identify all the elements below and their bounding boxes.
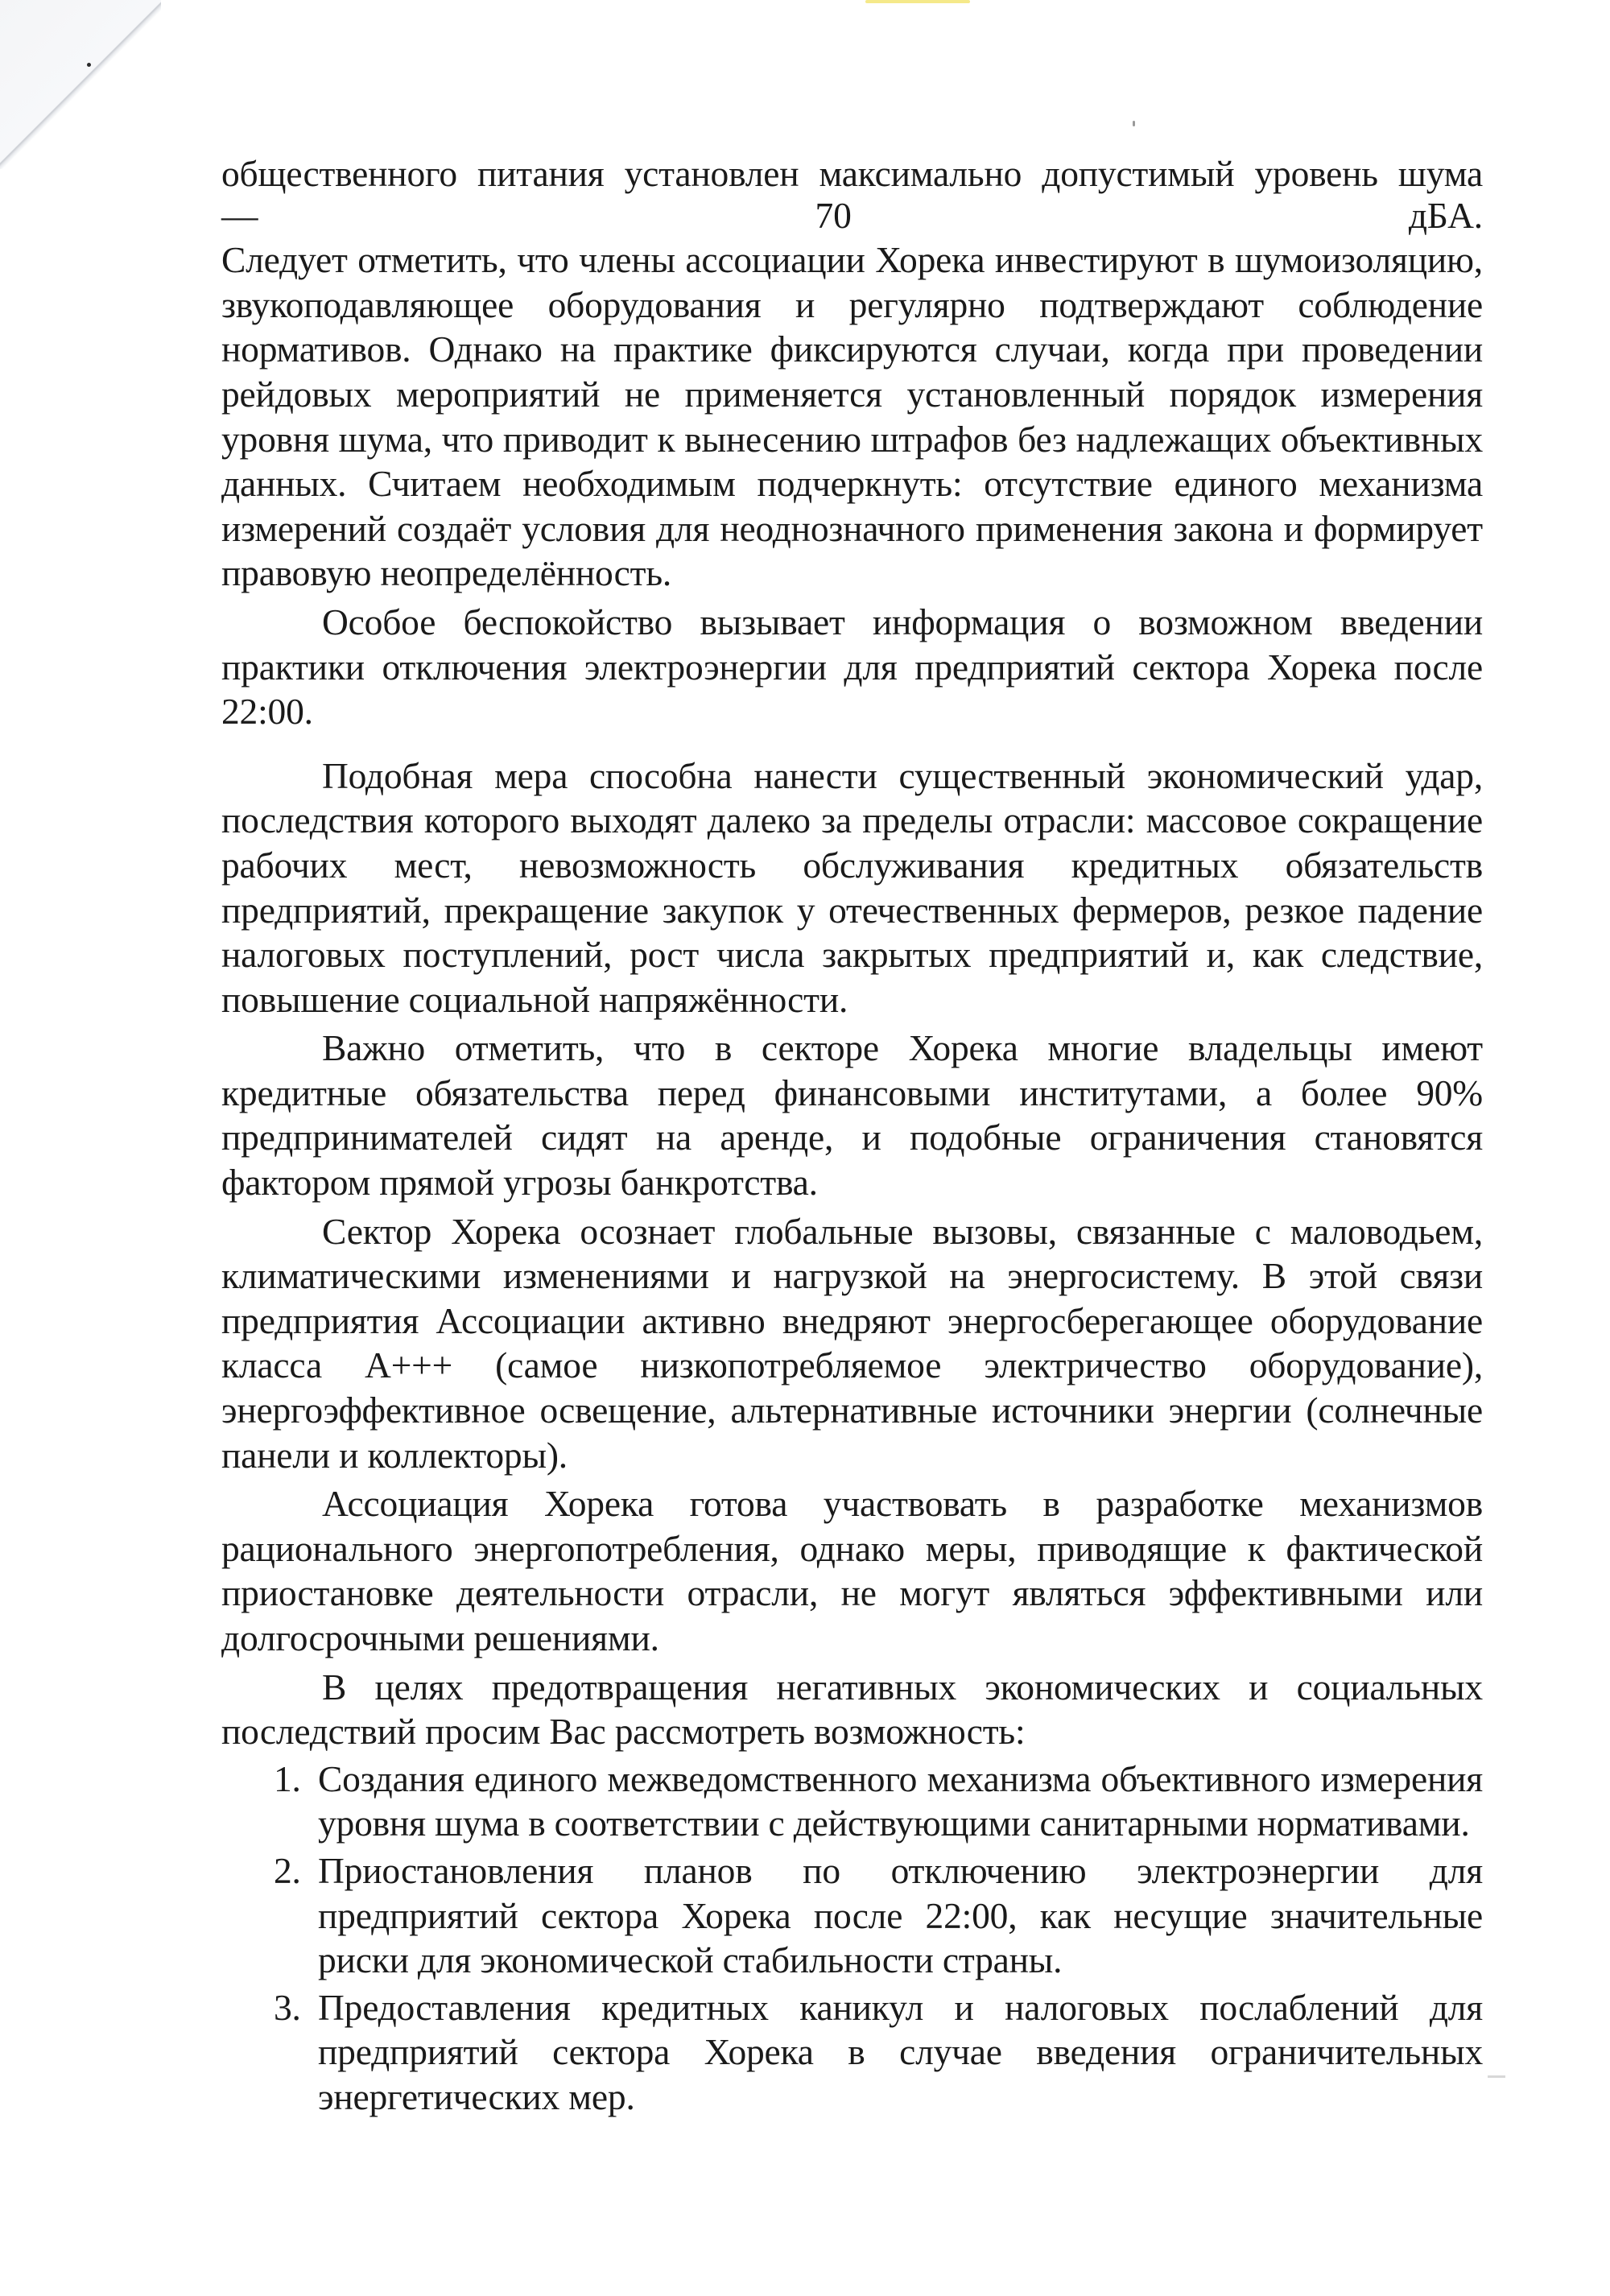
request-item: 1. Создания единого межведомственного ме… [221,1757,1483,1846]
paragraph-association-ready: Ассоциация Хорека готова участвовать в р… [221,1481,1483,1660]
request-text: Создания единого межведомственного механ… [318,1758,1483,1844]
scan-speck [87,63,91,67]
folded-page-corner [0,0,161,169]
scan-speck [1133,121,1135,126]
noise-limit-unit: дБА. [1409,193,1483,238]
scan-edge-mark [1488,2075,1505,2078]
request-number: 2. [274,1848,301,1893]
request-text: Приостановления планов по отключению эле… [318,1850,1483,1980]
paragraph-credit-obligations: Важно отметить, что в секторе Хорека мно… [221,1026,1483,1204]
request-text: Предоставления кредитных каникул и налог… [318,1987,1483,2117]
opening-line: общественного питания установлен максима… [221,151,1483,196]
paragraph-power-cut-concern: Особое беспокойство вызывает информация … [221,600,1483,734]
request-item: 2. Приостановления планов по отключению … [221,1848,1483,1983]
request-item: 3. Предоставления кредитных каникул и на… [221,1985,1483,2120]
noise-limit-line: — 70 дБА. [221,193,1483,238]
paragraph-global-challenges: Сектор Хорека осознает глобальные вызовы… [221,1209,1483,1478]
noise-limit-value: 70 [815,193,852,238]
opening-fragment-text: общественного питания установлен максима… [221,153,1483,194]
request-number: 1. [274,1757,301,1802]
request-number: 3. [274,1985,301,2030]
paragraph-economic-impact: Подобная мера способна нанести существен… [221,754,1483,1022]
request-list: 1. Создания единого межведомственного ме… [221,1757,1483,2120]
highlighter-mark [865,0,970,3]
paragraph-noise-measurement: Следует отметить, что члены ассоциации Х… [221,237,1483,596]
paragraph-request-intro: В целях предотвращения негативных эконом… [221,1665,1483,1754]
document-body: общественного питания установлен максима… [221,151,1483,2120]
dash: — [221,193,258,238]
